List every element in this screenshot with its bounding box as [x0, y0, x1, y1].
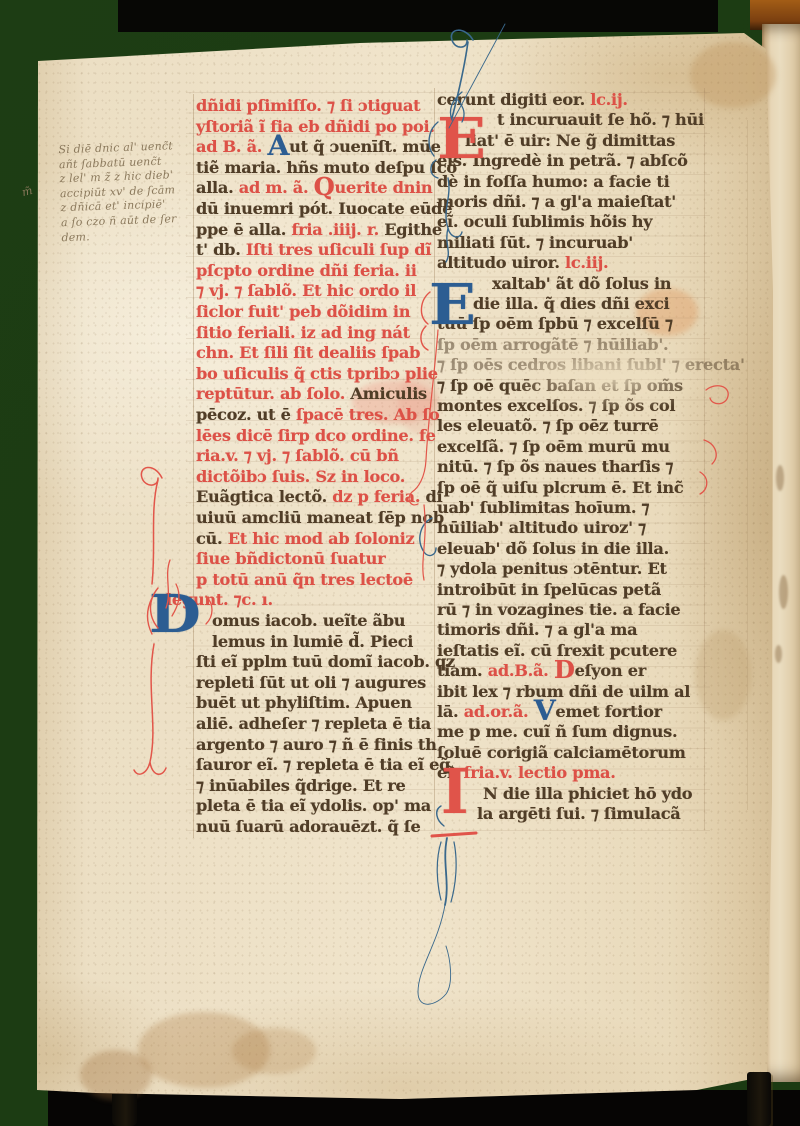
text-line: introibūt in ſpelūcas petã: [437, 580, 661, 600]
text-line: me p me. cuĩ ñ ſum dignus.: [437, 722, 677, 742]
text-segment: me p me. cuĩ ñ ſum dignus.: [437, 722, 677, 741]
text-segment: eĩ. oculi ſublimis hõis hy: [437, 212, 652, 231]
book-clasp-strap-right: [747, 1072, 771, 1126]
text-segment: ſoluē corigiã calciamētorum: [437, 743, 686, 762]
ruling-vertical-line: [704, 88, 705, 830]
text-line: pſcpto ordine dñi feria. ii: [196, 261, 417, 281]
text-line: lēes dicē ſirp dco ordine. fe: [196, 426, 436, 446]
text-segment: Egithe: [384, 220, 442, 239]
text-line: miliati ſūt. ⁊ incuruab': [437, 233, 633, 253]
text-segment: ⁊ ydola penitus ɔtēntur. Et: [437, 559, 667, 578]
text-segment: ad m. ã.: [239, 178, 314, 197]
text-segment: omus iacob. ueĩte ãbu: [212, 611, 405, 630]
text-segment: aliē. adheſer ⁊ repleta ē tia: [196, 714, 431, 733]
text-segment: dè in foſſa humo: a facie ti: [437, 172, 669, 191]
text-segment: ſti eĩ pplm tuū domĩ iacob. qz: [196, 652, 455, 671]
text-segment: ſiclor fuit' peb dõidim in: [196, 302, 410, 321]
margin-mark: m̃: [21, 184, 34, 199]
text-segment: Et hic mod ab ſoloniz: [228, 529, 415, 548]
text-segment: hūiliab' altitudo uiroz' ⁊: [437, 518, 646, 537]
text-line: ſoluē corigiã calciamētorum: [437, 743, 686, 763]
text-line: liat' ē uir: Ne g̃ dimittas: [465, 131, 675, 151]
text-segment: emet fortior: [555, 702, 661, 721]
text-line: rū ⁊ in vozagines tie. a facie: [437, 600, 680, 620]
text-line: lā. ad.or.ã. Vemet fortior: [437, 702, 662, 722]
text-line: N die illa phiciet hō ydo: [483, 784, 692, 804]
ruling-vertical-line: [747, 120, 748, 810]
text-segment: uiuū amcliū maneat ſēp nob: [196, 508, 444, 527]
text-segment: bo uſiculis q̃ ctis tpribɔ plie: [196, 364, 438, 383]
text-segment: eſyon er: [575, 661, 646, 680]
text-line: cū. Et hic mod ab ſoloniz: [196, 529, 414, 549]
text-line: dè in foſſa humo: a facie ti: [437, 172, 669, 192]
ink-smudge: [505, 345, 717, 413]
text-line: yſtoriã ĩ fia eb dñidi po poi.: [196, 117, 435, 137]
text-line: ſiue bñdictonū ſuatur: [196, 549, 385, 569]
text-segment: fria .iiij. r.: [291, 220, 384, 239]
text-segment: timoris dñi. ⁊ a gl'a ma: [437, 620, 637, 639]
text-segment: lemus in lumiē d̃. Pieci: [212, 632, 413, 651]
text-segment: introibūt in ſpelūcas petã: [437, 580, 661, 599]
book-clasp-strap-left: [112, 1094, 137, 1126]
text-line: dñidi pſimiſſo. ⁊ ſi ɔtiguat: [196, 96, 420, 116]
folio-edge-stain: [775, 645, 782, 663]
text-segment: tiam.: [437, 661, 488, 680]
text-segment: alla.: [196, 178, 239, 197]
text-line: xaltab' ãt dõ ſolus in: [492, 274, 671, 294]
illuminated-initial-I: I: [441, 766, 469, 819]
text-segment: ſp oē q̃ uiſu plcrum ē. Et inc̃: [437, 478, 683, 497]
text-line: ſitio feriali. iz ad ing nát: [196, 323, 410, 343]
text-segment: ⁊ vj. ⁊ ſablõ. Et hic ordo il: [196, 281, 416, 300]
text-segment: argento ⁊ auro ⁊ ñ ē finis th: [196, 735, 437, 754]
text-line: nitū. ⁊ ſp õs naues tharſis ⁊: [437, 457, 673, 477]
inline-initial: Q: [314, 172, 335, 201]
text-segment: ad.B.ã.: [488, 661, 554, 680]
text-segment: ad B. ã.: [196, 137, 267, 156]
text-line: bo uſiculis q̃ ctis tpribɔ plie: [196, 364, 438, 384]
text-line: dū inuemri pót. Iuocate eūdē: [196, 199, 452, 219]
text-line: reptūtur. ab ſolo. Amiculis: [196, 384, 427, 404]
text-segment: dz p feria.: [332, 487, 425, 506]
text-segment: pleta ē tia eĩ ydolis. op' ma: [196, 796, 431, 815]
text-line: ſiclor fuit' peb dõidim in: [196, 302, 410, 322]
illuminated-initial-D: D: [149, 593, 201, 637]
text-segment: cū.: [196, 529, 228, 548]
text-segment: ria.v. ⁊ vj. ⁊ ſablõ. cū bñ: [196, 446, 399, 465]
text-line: chn. Et ſili ſit dealiis ſpab: [196, 343, 420, 363]
text-segment: excelſã. ⁊ ſp oēm murū mu: [437, 437, 670, 456]
text-segment: lēes dicē ſirp dco ordine. fe: [196, 426, 436, 445]
stain: [232, 1028, 316, 1074]
text-line: lemus in lumiē d̃. Pieci: [212, 632, 413, 652]
folio-edge-stain: [776, 465, 784, 491]
text-segment: liat' ē uir: Ne g̃ dimittas: [465, 131, 675, 150]
text-segment: ⁊ inūabiles q̃drige. Et re: [196, 776, 406, 795]
text-segment: t' db.: [196, 240, 246, 259]
text-line: pēcoz. ut ē ſpacē tres. Ab ſo: [196, 405, 439, 425]
text-line: argento ⁊ auro ⁊ ñ ē finis th: [196, 735, 437, 755]
text-line: ibit lex ⁊ rbum dñi de uilm al: [437, 682, 690, 702]
text-line: ſp oē q̃ uiſu plcrum ē. Et inc̃: [437, 478, 683, 498]
text-segment: ſpacē tres. Ab ſo: [296, 405, 439, 424]
text-segment: moris dñi. ⁊ a gl'a maieſtat': [437, 192, 676, 211]
text-segment: ſauror eĩ. ⁊ repleta ē tia eĩ eq̃.: [196, 755, 455, 774]
text-line: ⁊ vj. ⁊ ſablõ. Et hic ordo il: [196, 281, 416, 301]
text-line: pleta ē tia eĩ ydolis. op' ma: [196, 796, 431, 816]
text-line: nuū ſuarū adorauēzt. q̃ ſe: [196, 817, 420, 837]
text-line: ria.v. ⁊ vj. ⁊ ſablõ. cū bñ: [196, 446, 399, 466]
text-line: ſauror eĩ. ⁊ repleta ē tia eĩ eq̃.: [196, 755, 455, 775]
text-segment: rū ⁊ in vozagines tie. a facie: [437, 600, 680, 619]
text-line: p totū anū q̃n tres lectoē: [196, 570, 413, 590]
text-line: eĩ. oculi ſublimis hõis hy: [437, 212, 652, 232]
text-line: alla. ad m. ã. Querite dnin: [196, 178, 432, 198]
text-line: buēt ut phyliſtim. Apuen: [196, 693, 412, 713]
text-segment: ppe ē alla.: [196, 220, 291, 239]
text-line: tiam. ad.B.ã. Deſyon er: [437, 661, 646, 681]
text-line: t' db. Iſti tres uſiculi ſup dĩ: [196, 240, 431, 260]
text-segment: dñidi pſimiſſo. ⁊ ſi ɔtiguat: [196, 96, 420, 115]
text-line: Euãgtica lectõ. dz p feria. di: [196, 487, 442, 507]
text-line: uiuū amcliū maneat ſēp nob: [196, 508, 444, 528]
text-line: t incuruauit ſe hõ. ⁊ hūi: [497, 110, 704, 130]
text-segment: xaltab' ãt dõ ſolus in: [492, 274, 671, 293]
background-shadow-top: [118, 0, 718, 32]
text-segment: ibit lex ⁊ rbum dñi de uilm al: [437, 682, 690, 701]
manuscript-photo: Si diē dnic al' uenc̃tañt ſabbatū uenc̃t…: [0, 0, 800, 1126]
text-line: excelſã. ⁊ ſp oēm murū mu: [437, 437, 670, 457]
text-line: ſti eĩ pplm tuū domĩ iacob. qz: [196, 652, 455, 672]
text-line: altitudo uiror. lc.iij.: [437, 253, 608, 273]
text-segment: la argēti ſui. ⁊ ſimulacã: [477, 804, 681, 823]
text-segment: fria.v. lectio pma.: [464, 763, 616, 782]
text-line: eleuab' dõ ſolus in die illa.: [437, 539, 669, 559]
text-segment: nuū ſuarū adorauēzt. q̃ ſe: [196, 817, 420, 836]
text-segment: chn. Et ſili ſit dealiis ſpab: [196, 343, 420, 362]
text-segment: uab' ſublimitas hoīum. ⁊: [437, 498, 649, 517]
text-segment: ad.or.ã.: [464, 702, 534, 721]
text-line: aliē. adheſer ⁊ repleta ē tia: [196, 714, 431, 734]
text-segment: ſitio feriali. iz ad ing nát: [196, 323, 410, 342]
text-segment: miliati ſūt. ⁊ incuruab': [437, 233, 633, 252]
text-segment: reptūtur. ab ſolo.: [196, 384, 350, 403]
text-segment: t incuruauit ſe hõ. ⁊ hūi: [497, 110, 704, 129]
text-segment: dū inuemri pót. Iuocate eūdē: [196, 199, 452, 218]
text-segment: uerite dnin: [335, 178, 433, 197]
illuminated-initial-E: E: [437, 116, 486, 164]
text-line: ppe ē alla. fria .iiij. r. Egithe: [196, 220, 442, 240]
text-segment: lc.ij.: [590, 90, 627, 109]
inline-initial: D: [554, 655, 575, 684]
text-line: uab' ſublimitas hoīum. ⁊: [437, 498, 649, 518]
text-segment: ſiue bñdictonū ſuatur: [196, 549, 385, 568]
text-segment: les eleuatõ. ⁊ ſp oēz turrē: [437, 416, 659, 435]
text-segment: Amiculis: [350, 384, 426, 403]
text-line: la argēti ſui. ⁊ ſimulacã: [477, 804, 681, 824]
text-segment: buēt ut phyliſtim. Apuen: [196, 693, 412, 712]
stain: [80, 1050, 152, 1100]
text-line: dictõibɔ ſuis. Sz in loco.: [196, 467, 405, 487]
text-segment: dictõibɔ ſuis. Sz in loco.: [196, 467, 405, 486]
text-line: ad B. ã. Aut q̃ ɔuenīſt. mūe: [196, 137, 441, 157]
text-segment: Iſti tres uſiculi ſup dĩ: [246, 240, 431, 259]
text-segment: eleuab' dõ ſolus in die illa.: [437, 539, 669, 558]
text-segment: yſtoriã ĩ fia eb dñidi po poi.: [196, 117, 435, 136]
text-segment: ut q̃ ɔuenīſt. mūe: [289, 137, 441, 156]
folio-edge-stain: [779, 575, 788, 609]
text-line: moris dñi. ⁊ a gl'a maieſtat': [437, 192, 676, 212]
text-segment: Euãgtica lectõ.: [196, 487, 332, 506]
text-line: ⁊ inūabiles q̃drige. Et re: [196, 776, 406, 796]
text-segment: altitudo uiror.: [437, 253, 565, 272]
text-line: repleti ſūt ut oli ⁊ augures: [196, 673, 426, 693]
text-segment: repleti ſūt ut oli ⁊ augures: [196, 673, 426, 692]
text-line: die illa. q̃ dies dñi exci: [473, 294, 669, 314]
text-line: ⁊ ydola penitus ɔtēntur. Et: [437, 559, 667, 579]
ruling-vertical-line: [193, 94, 194, 838]
text-segment: lc.iij.: [565, 253, 608, 272]
text-line: hūiliab' altitudo uiroz' ⁊: [437, 518, 646, 538]
text-line: omus iacob. ueĩte ãbu: [212, 611, 405, 631]
marginal-note: Si diē dnic al' uenc̃tañt ſabbatū uenc̃t…: [58, 139, 191, 246]
text-segment: pſcpto ordine dñi feria. ii: [196, 261, 417, 280]
text-segment: nitū. ⁊ ſp õs naues tharſis ⁊: [437, 457, 673, 476]
text-line: timoris dñi. ⁊ a gl'a ma: [437, 620, 637, 640]
text-segment: p totū anū q̃n tres lectoē: [196, 570, 413, 589]
text-segment: pēcoz. ut ē: [196, 405, 296, 424]
text-segment: N die illa phiciet hō ydo: [483, 784, 692, 803]
text-segment: die illa. q̃ dies dñi exci: [473, 294, 669, 313]
text-segment: lā.: [437, 702, 464, 721]
text-line: les eleuatõ. ⁊ ſp oēz turrē: [437, 416, 659, 436]
illuminated-initial-E: E: [429, 282, 476, 330]
